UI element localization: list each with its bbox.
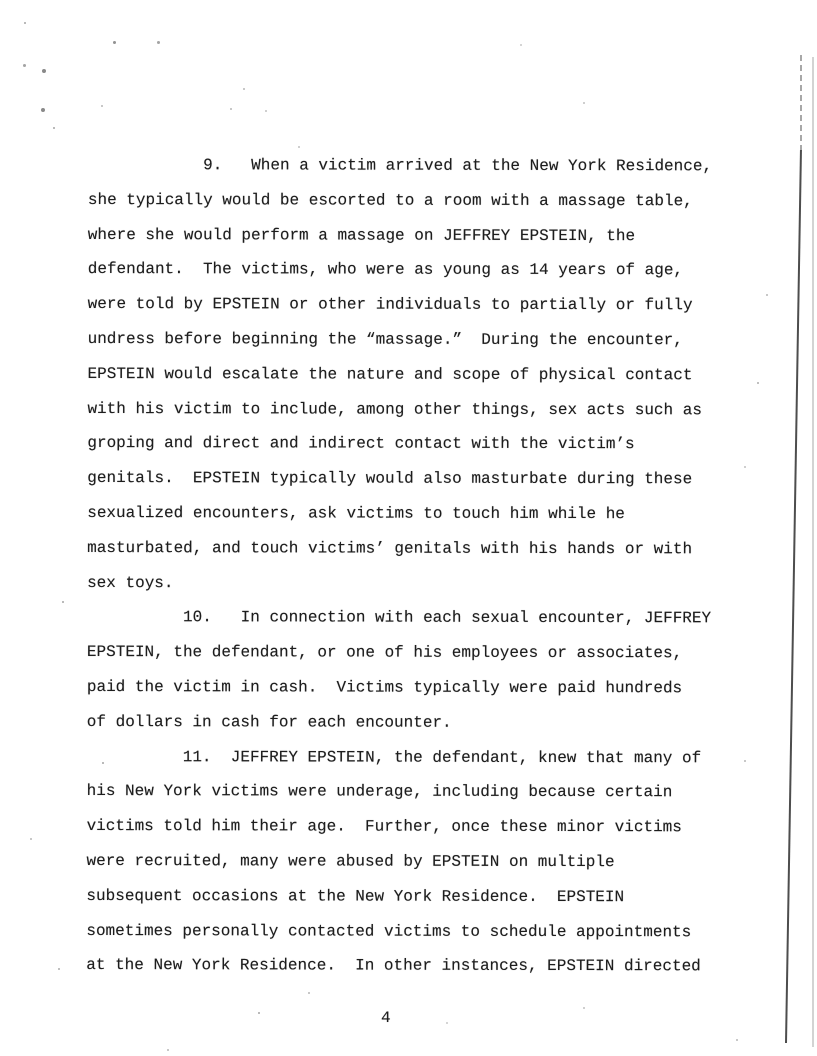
scan-speck — [23, 64, 26, 67]
scan-speck — [583, 102, 585, 104]
text-line: with his victim to include, among other … — [87, 392, 711, 428]
scan-speck — [30, 838, 32, 840]
scan-speck — [520, 44, 522, 46]
scan-speck — [53, 127, 55, 129]
document-page: 9. When a victim arrived at the New York… — [0, 0, 817, 1056]
text-line: were recruited, many were abused by EPST… — [86, 844, 710, 880]
scan-speck — [62, 601, 64, 603]
text-line: genitals. EPSTEIN typically would also m… — [87, 461, 711, 497]
scan-artifact-dashed-line — [800, 55, 802, 151]
scan-speck — [583, 1007, 585, 1009]
text-line: of dollars in cash for each encounter. — [87, 705, 711, 741]
text-line: groping and direct and indirect contact … — [87, 426, 711, 462]
scan-speck — [308, 992, 310, 994]
text-line: at the New York Residence. In other inst… — [86, 948, 710, 984]
scan-speck — [230, 108, 232, 110]
text-line: sexualized encounters, ask victims to to… — [87, 496, 711, 532]
scan-speck — [101, 105, 103, 107]
text-line: his New York victims were underage, incl… — [87, 774, 711, 810]
text-line: she typically would be escorted to a roo… — [88, 183, 712, 219]
scan-speck — [757, 382, 759, 384]
text-line: EPSTEIN, the defendant, or one of his em… — [87, 635, 711, 671]
scan-speck — [167, 1049, 169, 1051]
scan-speck — [736, 1039, 738, 1041]
scan-speck — [58, 968, 60, 970]
text-line: were told by EPSTEIN or other individual… — [88, 287, 712, 323]
text-line: victims told him their age. Further, onc… — [87, 809, 711, 845]
scan-speck — [243, 88, 245, 90]
text-line: where she would perform a massage on JEF… — [88, 218, 712, 254]
text-line: 10. In connection with each sexual encou… — [87, 600, 711, 636]
text-line: EPSTEIN would escalate the nature and sc… — [87, 357, 711, 393]
document-text: 9. When a victim arrived at the New York… — [86, 148, 712, 984]
text-line: 9. When a victim arrived at the New York… — [88, 148, 712, 184]
page-number: 4 — [381, 1006, 391, 1030]
text-line: subsequent occasions at the New York Res… — [86, 879, 710, 915]
scan-speck — [41, 108, 45, 112]
text-line: sometimes personally contacted victims t… — [86, 914, 710, 950]
text-line: defendant. The victims, who were as youn… — [88, 252, 712, 288]
scan-speck — [42, 69, 46, 73]
text-line: masturbated, and touch victims’ genitals… — [87, 531, 711, 567]
scan-speck — [744, 466, 746, 468]
text-line: sex toys. — [87, 566, 711, 602]
scan-speck — [113, 41, 116, 44]
scan-speck — [258, 1012, 260, 1014]
text-line: undress before beginning the “massage.” … — [88, 322, 712, 358]
scan-artifact-dark-line — [785, 150, 802, 1043]
scan-speck — [265, 110, 267, 112]
text-line: paid the victim in cash. Victims typical… — [87, 670, 711, 706]
scan-speck — [24, 22, 26, 24]
text-line: 11. JEFFREY EPSTEIN, the defendant, knew… — [87, 740, 711, 776]
scan-speck — [446, 1022, 448, 1024]
scan-artifact-light-line — [812, 57, 814, 1047]
scan-speck — [766, 294, 768, 296]
scan-speck — [157, 41, 160, 44]
scan-speck — [744, 760, 746, 762]
